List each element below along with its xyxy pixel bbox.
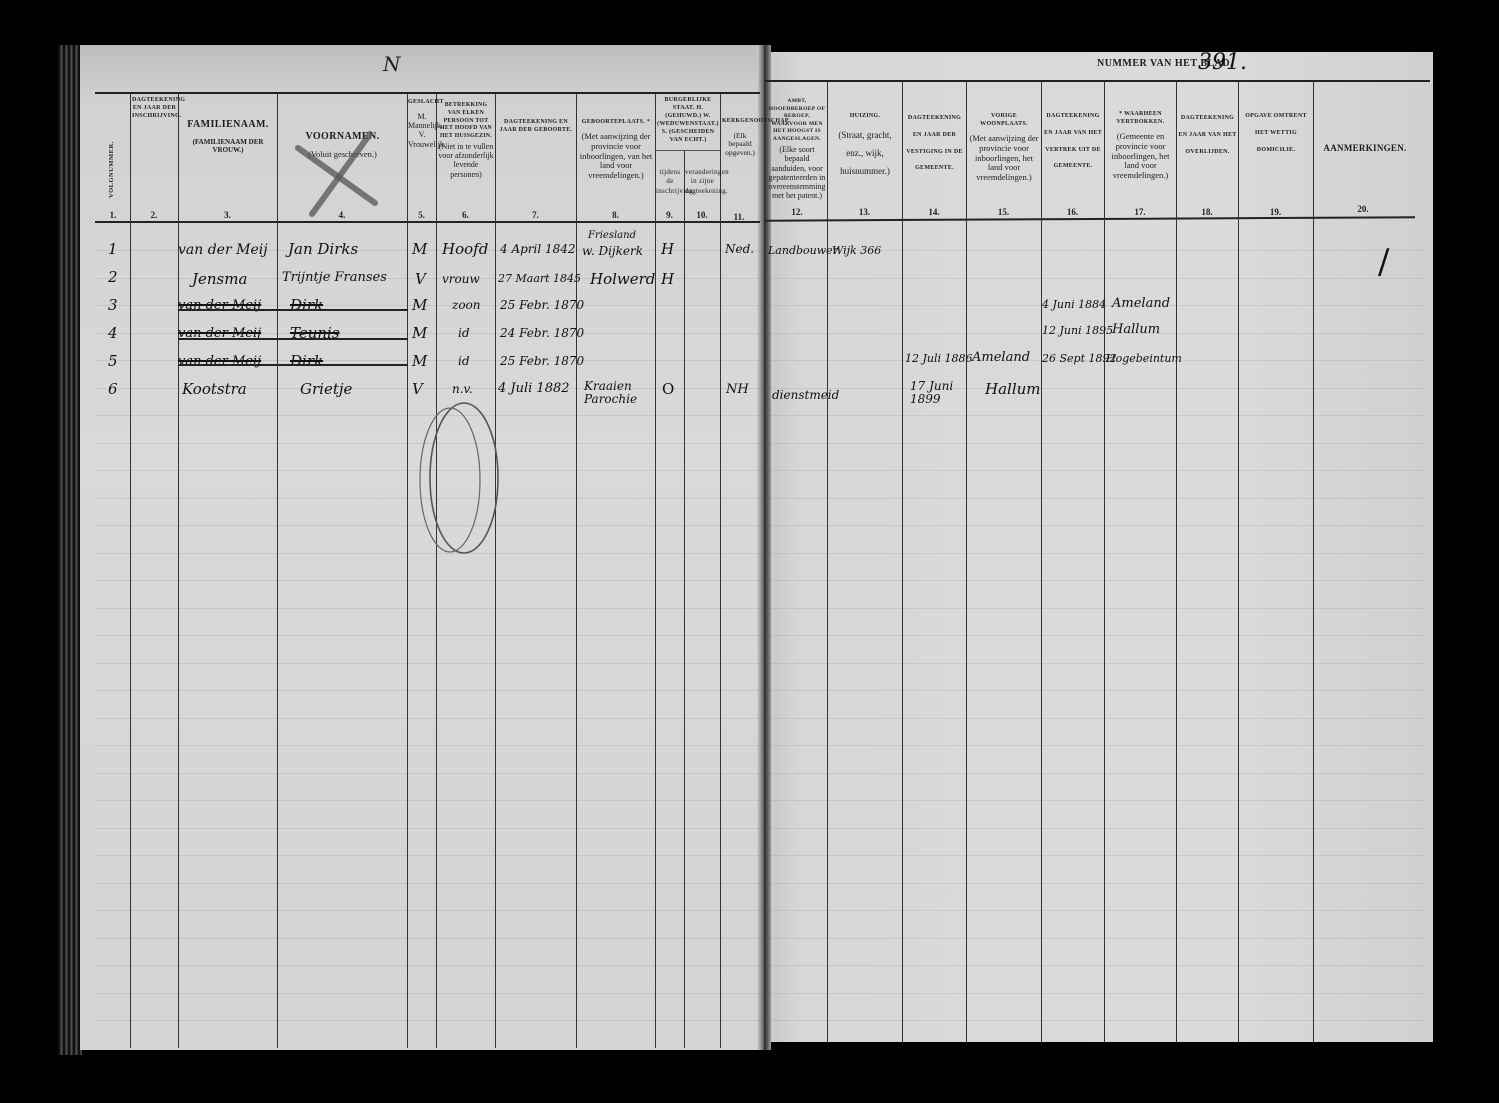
colnum-11: 11.	[720, 212, 758, 222]
row-1-familienaam: van der Meij	[178, 242, 268, 258]
header-top-rule-right	[765, 80, 1430, 82]
row-5-geboorte: 25 Febr. 1870	[500, 354, 584, 368]
row-1-voornamen: Jan Dirks	[288, 240, 358, 258]
row-5-geslacht: M	[412, 352, 427, 370]
colnum-16: 16.	[1041, 207, 1104, 217]
colnum-14: 14.	[902, 207, 966, 217]
row-6-familienaam: Kootstra	[182, 380, 247, 398]
row-5-waarheen: Hogebeintum	[1106, 352, 1182, 365]
ledger-line	[95, 773, 1425, 774]
colnum-1: 1.	[96, 210, 130, 220]
ledger-line	[95, 553, 1425, 554]
pencil-oval-mark	[412, 398, 502, 558]
header-col-1: VOLGNUMMER.	[108, 128, 115, 198]
colnum-20: 20.	[1313, 204, 1413, 214]
header-col-9-sub: tijdens de inschrijving.	[656, 168, 684, 196]
row-2-volgnummer: 2	[108, 268, 118, 286]
header-col-6: BETREKKING VAN ELKEN PERSOON TOT HET HOO…	[438, 102, 494, 179]
row-6-geboorteplaats: Kraaien Parochie	[584, 380, 654, 406]
column-divider	[827, 82, 828, 1042]
column-divider	[1104, 82, 1105, 1042]
column-divider	[902, 82, 903, 1042]
row-5-volgnummer: 5	[108, 352, 118, 370]
ledger-line	[95, 855, 1425, 856]
header-col-19: OPGAVE OMTRENT HET WETTIG DOMICILIE.	[1240, 108, 1312, 158]
ledger-line	[95, 718, 1425, 719]
row-5-strike-line	[178, 364, 408, 366]
book-binding-left	[58, 45, 82, 1055]
column-divider	[1313, 82, 1314, 1042]
column-divider	[576, 93, 577, 1048]
row-3-betrekking: zoon	[452, 298, 481, 312]
ledger-line	[95, 910, 1425, 911]
ledger-line	[95, 470, 1425, 471]
header-col-14: DAGTEEKENING EN JAAR DER VESTIGING IN DE…	[904, 110, 965, 177]
row-1-kerk: Ned.	[725, 242, 754, 256]
row-3-familienaam: van der Meij	[178, 298, 261, 313]
column-divider	[684, 150, 685, 1048]
colnum-13: 13.	[827, 207, 902, 217]
column-divider	[436, 93, 437, 1048]
colnum-12: 12.	[767, 207, 827, 217]
ledger-line	[95, 580, 1425, 581]
row-1-geboorteplaats-note: Friesland	[588, 230, 636, 241]
row-1-betrekking: Hoofd	[442, 240, 488, 258]
header-col-16: DAGTEEKENING EN JAAR VAN HET VERTREK UIT…	[1043, 108, 1103, 175]
header-col-2: DAGTEEKENING EN JAAR DER INSCHRIJVING.	[132, 96, 177, 120]
colnum-2: 2.	[130, 210, 178, 220]
colnum-3: 3.	[178, 210, 277, 220]
ledger-line	[95, 635, 1425, 636]
row-5-vestiging: 12 Juli 1886	[905, 352, 973, 365]
row-1-geslacht: M	[412, 240, 427, 258]
row-5-vorige-woonplaats: Ameland	[972, 350, 1030, 365]
row-4-volgnummer: 4	[108, 324, 118, 342]
header-bottom-rule	[95, 221, 760, 223]
row-3-geboorte: 25 Febr. 1870	[500, 298, 584, 312]
column-divider	[655, 93, 656, 1048]
row-1-geboorte: 4 April 1842	[500, 242, 576, 256]
ledger-line	[95, 1020, 1425, 1021]
ledger-line	[95, 663, 1425, 664]
row-6-betrekking: n.v.	[452, 382, 473, 396]
column-divider	[1041, 82, 1042, 1042]
header-col-13: HUIZING.(Straat, gracht, enz., wijk, hui…	[829, 112, 901, 180]
row-6-vestiging: 17 Juni 1899	[910, 380, 960, 406]
row-1-burgerlijke-staat: H	[661, 240, 674, 258]
row-5-voornamen: Dirk	[290, 352, 323, 370]
ledger-line	[95, 498, 1425, 499]
ledger-line	[95, 388, 1425, 389]
colnum-10: 10.	[684, 210, 720, 220]
row-6-geboorte: 4 Juli 1882	[498, 381, 570, 396]
ledger-line	[95, 828, 1425, 829]
colnum-15: 15.	[966, 207, 1041, 217]
ledger-line	[95, 993, 1425, 994]
column-divider	[1238, 82, 1239, 1042]
row-2-voornamen: Trijntje Franses	[282, 270, 387, 285]
row-2-geslacht: V	[415, 270, 426, 288]
row-2-geboorteplaats: Holwerd	[590, 270, 655, 288]
header-col-18: DAGTEEKENING EN JAAR VAN HET OVERLIJDEN.	[1178, 110, 1237, 160]
ledger-line	[95, 745, 1425, 746]
row-1-volgnummer: 1	[108, 240, 118, 258]
colnum-9: 9.	[655, 210, 684, 220]
ledger-line	[95, 443, 1425, 444]
row-6-beroep: dienstmeid	[772, 388, 839, 402]
ledger-line	[95, 415, 1425, 416]
row-6-kerk: NH	[726, 382, 749, 397]
ledger-line	[95, 608, 1425, 609]
header-col-12: AMBT, HOOFDBEROEP OF BEROEP, WAARVOOR ME…	[768, 98, 826, 200]
row-3-vertrek: 4 Juni 1884	[1042, 298, 1106, 311]
row-2-familienaam: Jensma	[192, 270, 247, 288]
column-divider	[277, 93, 278, 1048]
row-1-huizing: Wijk 366	[832, 244, 881, 257]
header-col-20: AANMERKINGEN.	[1315, 142, 1415, 154]
row-1-geboorteplaats: w. Dijkerk	[582, 244, 643, 258]
column-divider	[966, 82, 967, 1042]
sheet-number: 391.	[1198, 50, 1247, 75]
row-4-geboorte: 24 Febr. 1870	[500, 326, 584, 340]
row-3-voornamen: Dirk	[290, 296, 323, 314]
row-6-burgerlijke-staat: O	[662, 380, 674, 398]
header-col-8: GEBOORTEPLAATS. *(Met aanwijzing der pro…	[578, 118, 654, 181]
row-6-geslacht: V	[412, 380, 423, 398]
row-2-betrekking: vrouw	[442, 272, 480, 286]
row-1-beroep: Landbouwer	[768, 244, 838, 257]
colnum-6: 6.	[436, 210, 495, 220]
row-1-aanmerking: /	[1378, 242, 1389, 282]
column-divider	[495, 93, 496, 1048]
row-3-volgnummer: 3	[108, 296, 118, 314]
row-4-waarheen: Hallum	[1112, 322, 1160, 337]
right-page	[765, 52, 1433, 1042]
header-col-5: GESLACHTM. Mannelijk. V. Vrouwelijk.	[408, 98, 436, 149]
colnum-7: 7.	[495, 210, 576, 220]
header-col-17: * WAARHEEN VERTROKKEN.(Gemeente en provi…	[1106, 110, 1175, 181]
row-4-betrekking: id	[458, 326, 470, 340]
row-5-familienaam: van der Meij	[178, 354, 261, 369]
pencil-cross-mark	[290, 128, 380, 218]
column-divider	[407, 93, 408, 1048]
header-col-11: KERKGENOOTSCHAP.(Elk bepaald opgeven.)	[722, 118, 758, 158]
row-4-vertrek: 12 Juni 1895	[1042, 324, 1113, 337]
row-6-volgnummer: 6	[108, 380, 118, 398]
row-6-vorige-woonplaats: Hallum	[985, 380, 1041, 398]
ledger-line	[95, 800, 1425, 801]
header-col-15: VORIGE WOONPLAATS.(Met aanwijzing der pr…	[968, 112, 1040, 183]
column-divider	[1176, 82, 1177, 1042]
ledger-line	[95, 965, 1425, 966]
column-divider	[720, 93, 721, 1048]
row-3-waarheen: Ameland	[1112, 296, 1170, 311]
colnum-8: 8.	[576, 210, 655, 220]
colnum-19: 19.	[1238, 207, 1313, 217]
header-col-3: FAMILIENAAM.(FAMILIENAAM DER VROUW.)	[180, 118, 276, 154]
header-top-rule	[95, 92, 760, 94]
row-2-geboorte: 27 Maart 1845	[498, 272, 581, 285]
margin-mark: N	[383, 52, 401, 76]
colnum-18: 18.	[1176, 207, 1238, 217]
column-divider	[130, 93, 131, 1048]
header-col-9-10: BURGERLIJKE STAAT. H. (GEHUWD.) W. (WEDU…	[656, 96, 720, 145]
row-6-voornamen: Grietje	[300, 380, 352, 398]
ledger-line	[95, 690, 1425, 691]
row-5-betrekking: id	[458, 354, 470, 368]
header-col-7: DAGTEEKENING EN JAAR DER GEBOORTE.	[497, 118, 575, 134]
header-col-10-sub: veranderingen in zijne dagteekening.	[685, 168, 720, 196]
row-3-geslacht: M	[412, 296, 427, 314]
ledger-line	[95, 938, 1425, 939]
row-3-strike-line	[178, 309, 408, 311]
row-4-strike-line	[178, 338, 408, 340]
ledger-line	[95, 525, 1425, 526]
row-2-burgerlijke-staat: H	[661, 270, 674, 288]
ledger-line	[95, 883, 1425, 884]
colnum-5: 5.	[407, 210, 436, 220]
row-4-geslacht: M	[412, 324, 427, 342]
colnum-17: 17.	[1104, 207, 1176, 217]
column-divider	[178, 93, 179, 1048]
